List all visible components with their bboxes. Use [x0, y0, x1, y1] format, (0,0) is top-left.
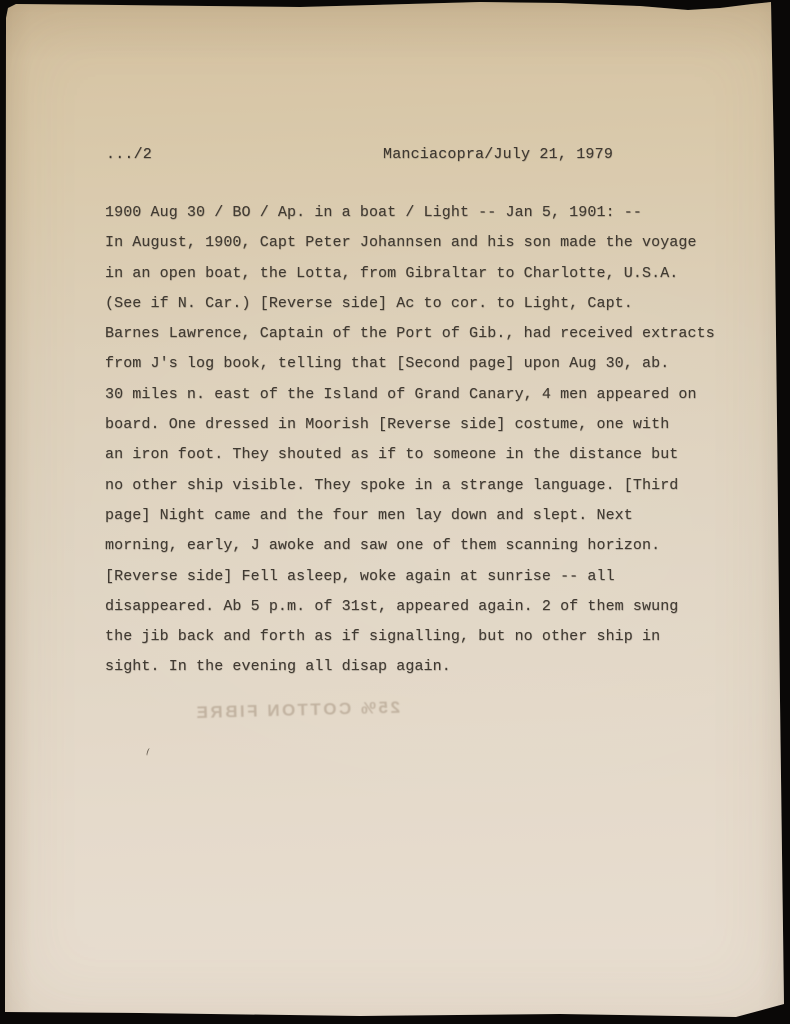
paper-sheet: .../2 Manciacopra/July 21, 1979 1900 Aug… [0, 0, 790, 1024]
text-line: 1900 Aug 30 / BO / Ap. in a boat / Light… [105, 198, 725, 228]
text-line: morning, early, J awoke and saw one of t… [105, 531, 725, 561]
text-line: [Reverse side] Fell asleep, woke again a… [105, 562, 725, 592]
text-line: disappeared. Ab 5 p.m. of 31st, appeared… [105, 592, 725, 622]
text-line: from J's log book, telling that [Second … [105, 349, 725, 379]
page-number: .../2 [106, 146, 152, 163]
text-line: in an open boat, the Lotta, from Gibralt… [105, 259, 725, 289]
text-line: sight. In the evening all disap again. [105, 652, 725, 682]
watermark-text: 25% COTTON FIBRE [150, 698, 400, 725]
text-line: (See if N. Car.) [Reverse side] Ac to co… [105, 289, 725, 319]
text-line: no other ship visible. They spoke in a s… [105, 471, 725, 501]
typewritten-text: 1900 Aug 30 / BO / Ap. in a boat / Light… [105, 198, 725, 683]
text-line: the jib back and forth as if signalling,… [105, 622, 725, 652]
text-line: In August, 1900, Capt Peter Johannsen an… [105, 228, 725, 258]
text-line: 30 miles n. east of the Island of Grand … [105, 380, 725, 410]
text-line: Barnes Lawrence, Captain of the Port of … [105, 319, 725, 349]
text-line: an iron foot. They shouted as if to some… [105, 440, 725, 470]
ink-speck [146, 748, 151, 757]
dateline: Manciacopra/July 21, 1979 [383, 146, 613, 163]
text-line: page] Night came and the four men lay do… [105, 501, 725, 531]
text-line: board. One dressed in Moorish [Reverse s… [105, 410, 725, 440]
photo-background: .../2 Manciacopra/July 21, 1979 1900 Aug… [0, 0, 790, 1024]
